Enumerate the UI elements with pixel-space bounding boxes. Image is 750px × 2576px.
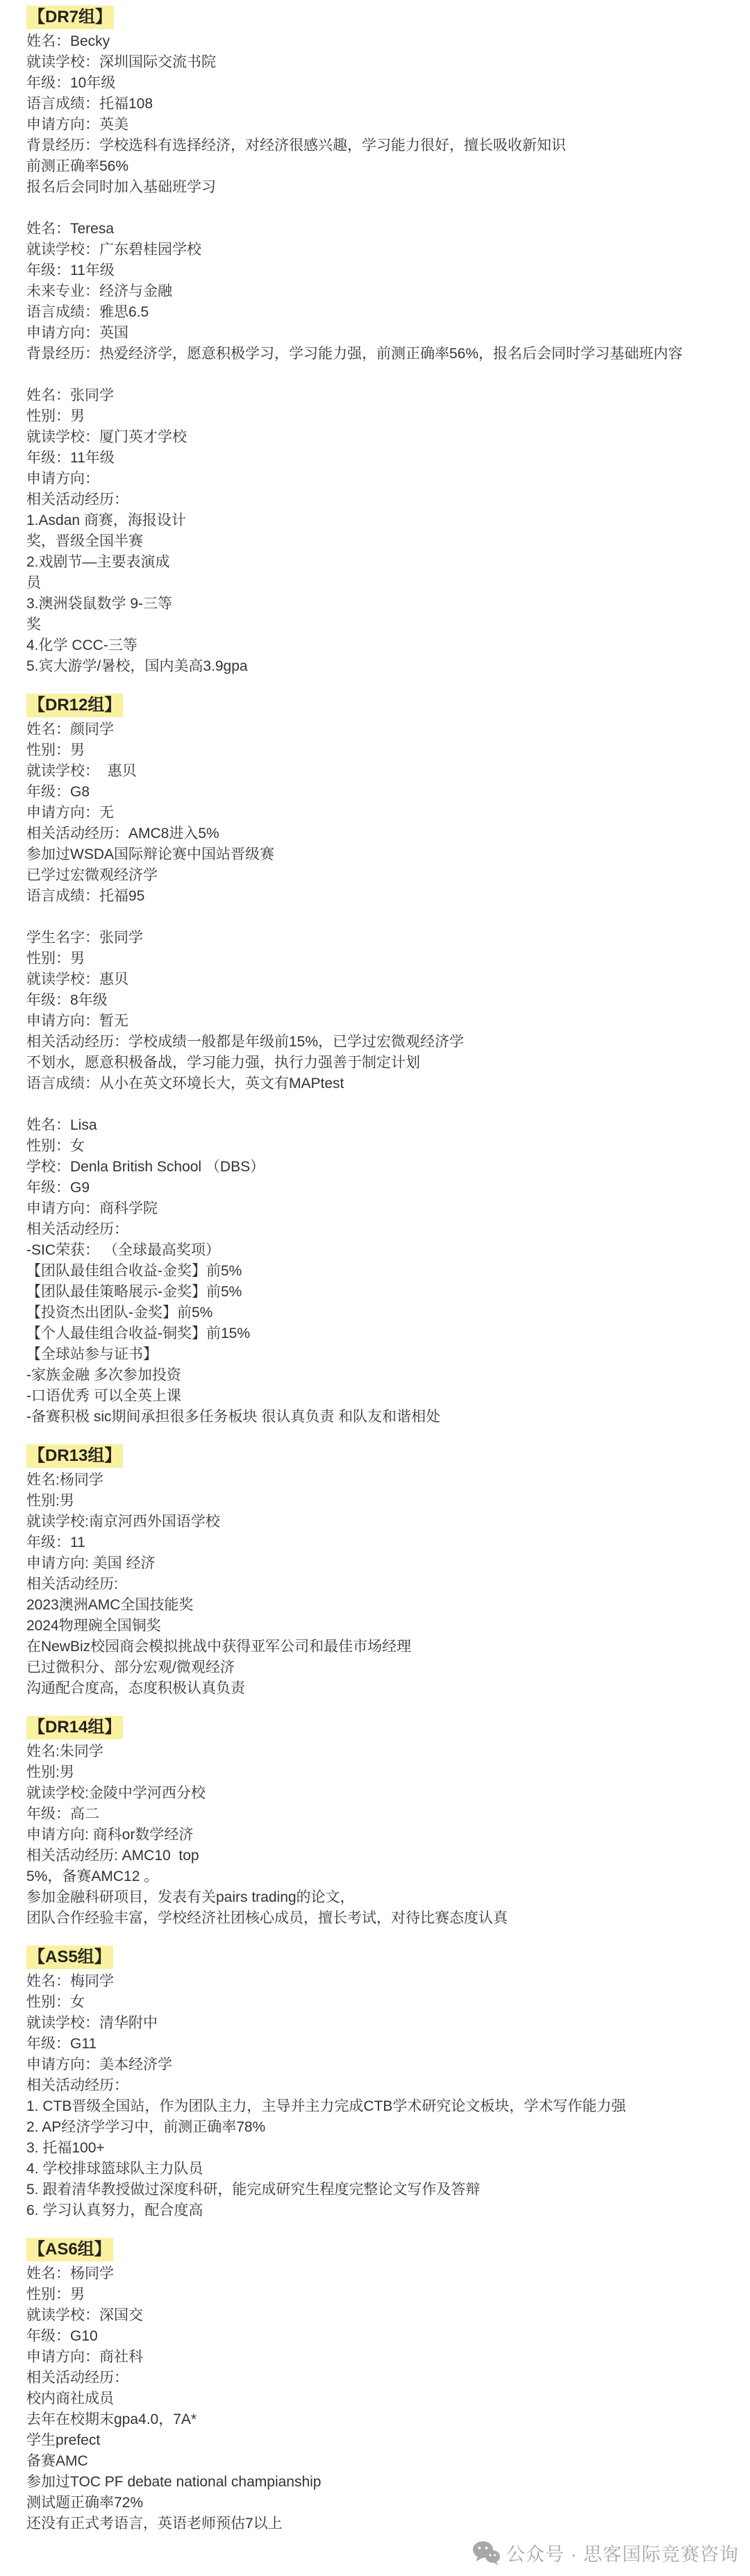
group-header: 【DR12组】 <box>26 694 123 717</box>
profile-line: 4.化学 CCC-三等 <box>26 635 726 656</box>
wechat-icon <box>472 2541 501 2566</box>
profile-line: 5.宾大游学/暑校，国内美高3.9gpa <box>26 656 726 677</box>
profile-line: 性别：女 <box>26 1136 726 1157</box>
profile-line: 相关活动经历： <box>26 490 726 510</box>
profile-line: 姓名：张同学 <box>26 385 726 406</box>
profile-line: 【投资杰出团队-金奖】前5% <box>26 1303 726 1323</box>
profile-line: 语言成绩：从小在英文环境长大，英文有MAPtest <box>26 1073 726 1094</box>
profile-line: 申请方向: 商科or数学经济 <box>26 1825 726 1846</box>
profile-line: 性别:男 <box>26 1491 726 1512</box>
group-block: 【DR7组】姓名：Becky就读学校：深圳国际交流书院年级：10年级语言成绩：托… <box>26 6 726 677</box>
profile-line: 团队合作经验丰富，学校经济社团核心成员，擅长考试，对待比赛态度认真 <box>26 1908 726 1929</box>
profile-line: 申请方向：无 <box>26 803 726 823</box>
profile-line: 姓名：Becky <box>26 31 726 52</box>
profile-line: 5. 跟着清华教授做过深度科研，能完成研究生程度完整论文写作及答辩 <box>26 2180 726 2200</box>
profile-line: 备赛AMC <box>26 2451 726 2472</box>
profile-line: 相关活动经历： <box>26 1219 726 1240</box>
profile-line: 相关活动经历： <box>26 2368 726 2389</box>
student-profile: 姓名：颜同学性别：男就读学校： 惠贝年级：G8申请方向：无相关活动经历：AMC8… <box>26 719 726 907</box>
profile-line: 学生prefect <box>26 2430 726 2451</box>
group-block: 【AS6组】姓名：杨同学性别：男就读学校：深国交年级：G10申请方向：商社科相关… <box>26 2238 726 2534</box>
profile-line: 就读学校：清华附中 <box>26 2013 726 2034</box>
profile-line: -口语优秀 可以全英上课 <box>26 1386 726 1407</box>
profile-line: 4. 学校排球篮球队主力队员 <box>26 2159 726 2180</box>
profile-line: 学校：Denla British School （DBS） <box>26 1157 726 1178</box>
student-profile: 姓名：Becky就读学校：深圳国际交流书院年级：10年级语言成绩：托福108申请… <box>26 31 726 198</box>
profile-line: 年级：G10 <box>26 2326 726 2347</box>
profile-line: 申请方向：商社科 <box>26 2347 726 2368</box>
profile-line: 3. 托福100+ <box>26 2138 726 2159</box>
profile-line: 姓名：梅同学 <box>26 1971 726 1992</box>
group-block: 【DR13组】姓名:杨同学性别:男就读学校:南京河西外国语学校年级：11申请方向… <box>26 1444 726 1699</box>
student-profile: 姓名:杨同学性别:男就读学校:南京河西外国语学校年级：11申请方向: 美国 经济… <box>26 1470 726 1699</box>
profile-line: 性别:男 <box>26 1762 726 1783</box>
profile-line: 语言成绩：托福108 <box>26 94 726 115</box>
profile-line: 姓名：颜同学 <box>26 719 726 740</box>
profile-line: 就读学校:金陵中学河西分校 <box>26 1783 726 1804</box>
profile-line: 相关活动经历: AMC10 top <box>26 1846 726 1866</box>
profile-line: 1.Asdan 商赛，海报设计 <box>26 510 726 531</box>
profile-line: 年级：10年级 <box>26 73 726 94</box>
profile-line: 就读学校：广东碧桂园学校 <box>26 240 726 260</box>
profile-line: 奖 <box>26 614 726 635</box>
profile-line: 性别：女 <box>26 1992 726 2013</box>
profile-line: 年级：G8 <box>26 782 726 803</box>
profile-line: 参加过TOC PF debate national champianship <box>26 2472 726 2493</box>
student-profile: 姓名:朱同学性别:男就读学校:金陵中学河西分校年级：高二申请方向: 商科or数学… <box>26 1741 726 1929</box>
profile-line: 性别：男 <box>26 740 726 761</box>
profile-line: 就读学校:南京河西外国语学校 <box>26 1512 726 1532</box>
group-header: 【DR13组】 <box>26 1444 123 1468</box>
profile-line: 校内商社成员 <box>26 2389 726 2409</box>
profile-line: 相关活动经历: <box>26 1574 726 1595</box>
profile-line: 未来专业：经济与金融 <box>26 281 726 302</box>
profile-line: 申请方向：英国 <box>26 323 726 344</box>
profile-line: 报名后会同时加入基础班学习 <box>26 177 726 198</box>
profile-line: 2023澳洲AMC全国技能奖 <box>26 1595 726 1616</box>
profile-line: 性别：男 <box>26 406 726 427</box>
profile-line: 姓名：杨同学 <box>26 2264 726 2284</box>
profile-line: 参加过WSDA国际辩论赛中国站晋级赛 <box>26 844 726 865</box>
profile-line: 3.澳洲袋鼠数学 9-三等 <box>26 594 726 614</box>
profile-line: 年级：G9 <box>26 1178 726 1198</box>
profile-line: 去年在校期末gpa4.0，7A* <box>26 2409 726 2430</box>
profile-line: 语言成绩：雅思6.5 <box>26 302 726 323</box>
profile-line: 就读学校： 惠贝 <box>26 761 726 782</box>
profile-line: 相关活动经历：学校成绩一般都是年级前15%，已学过宏微观经济学 <box>26 1032 726 1053</box>
profile-line: 申请方向：暂无 <box>26 1011 726 1032</box>
profile-line: 已过微积分、部分宏观/微观经济 <box>26 1657 726 1678</box>
profile-line: 就读学校：惠贝 <box>26 969 726 990</box>
group-header: 【AS6组】 <box>26 2238 113 2261</box>
profile-line: 背景经历：学校选科有选择经济，对经济很感兴趣，学习能力很好，擅长吸收新知识 <box>26 135 726 156</box>
profile-line: 2024物理碗全国铜奖 <box>26 1616 726 1637</box>
profile-line: 就读学校：深国交 <box>26 2305 726 2326</box>
profile-line: 员 <box>26 573 726 594</box>
profile-line: 已学过宏微观经济学 <box>26 865 726 886</box>
student-profile: 姓名：Teresa就读学校：广东碧桂园学校年级：11年级未来专业：经济与金融语言… <box>26 219 726 365</box>
profile-line: 姓名：Teresa <box>26 219 726 240</box>
watermark: 公众号 · 思客国际竞赛咨询 <box>472 2539 739 2566</box>
profile-line: 年级：11 <box>26 1532 726 1553</box>
profile-line: 【个人最佳组合收益-铜奖】前15% <box>26 1323 726 1344</box>
profile-line: 【全球站参与证书】 <box>26 1344 726 1365</box>
profile-line: 【团队最佳策略展示-金奖】前5% <box>26 1282 726 1303</box>
group-block: 【DR12组】姓名：颜同学性别：男就读学校： 惠贝年级：G8申请方向：无相关活动… <box>26 694 726 1428</box>
group-block: 【AS5组】姓名：梅同学性别：女就读学校：清华附中年级：G11申请方向：美本经济… <box>26 1946 726 2221</box>
profile-line: 申请方向: 美国 经济 <box>26 1553 726 1574</box>
profile-line: 年级：高二 <box>26 1804 726 1825</box>
profile-line: -SIC荣获： （全球最高奖项） <box>26 1240 726 1261</box>
profile-line: 前测正确率56% <box>26 156 726 177</box>
profile-line: 不划水，愿意积极备战，学习能力强，执行力强善于制定计划 <box>26 1053 726 1073</box>
student-roster: 【DR7组】姓名：Becky就读学校：深圳国际交流书院年级：10年级语言成绩：托… <box>26 6 726 2534</box>
profile-line: 申请方向： <box>26 469 726 490</box>
profile-line: 背景经历：热爱经济学，愿意积极学习，学习能力强，前测正确率56%，报名后会同时学… <box>26 344 726 365</box>
profile-line: 6. 学习认真努力，配合度高 <box>26 2200 726 2221</box>
watermark-text: 公众号 · 思客国际竞赛咨询 <box>506 2539 739 2566</box>
profile-line: 姓名:朱同学 <box>26 1741 726 1762</box>
profile-line: 学生名字：张同学 <box>26 928 726 948</box>
profile-line: 在NewBiz校园商会模拟挑战中获得亚军公司和最佳市场经理 <box>26 1637 726 1657</box>
profile-line: 年级：11年级 <box>26 260 726 281</box>
profile-line: -家族金融 多次参加投资 <box>26 1365 726 1386</box>
profile-line: 年级：G11 <box>26 2034 726 2055</box>
profile-line: 姓名:杨同学 <box>26 1470 726 1491</box>
profile-line: 2. AP经济学学习中，前测正确率78% <box>26 2117 726 2138</box>
profile-line: 奖，晋级全国半赛 <box>26 531 726 552</box>
profile-line: 语言成绩：托福95 <box>26 886 726 907</box>
student-profile: 姓名：杨同学性别：男就读学校：深国交年级：G10申请方向：商社科相关活动经历：校… <box>26 2264 726 2534</box>
profile-line: 还没有正式考语言，英语老师预估7以上 <box>26 2514 726 2534</box>
profile-line: 姓名：Lisa <box>26 1115 726 1136</box>
document-body: 【DR7组】姓名：Becky就读学校：深圳国际交流书院年级：10年级语言成绩：托… <box>0 0 750 2576</box>
profile-line: 1. CTB晋级全国站，作为团队主力，主导并主力完成CTB学术研究论文板块，学术… <box>26 2096 726 2117</box>
profile-line: 相关活动经历：AMC8进入5% <box>26 823 726 844</box>
group-header: 【DR14组】 <box>26 1716 123 1739</box>
profile-line: -备赛积极 sic期间承担很多任务板块 很认真负责 和队友和谐相处 <box>26 1407 726 1428</box>
student-profile: 姓名：梅同学性别：女就读学校：清华附中年级：G11申请方向：美本经济学相关活动经… <box>26 1971 726 2221</box>
profile-line: 申请方向：美本经济学 <box>26 2055 726 2075</box>
profile-line: 参加金融科研项目，发表有关pairs trading的论文， <box>26 1887 726 1908</box>
profile-line: 沟通配合度高，态度积极认真负责 <box>26 1678 726 1699</box>
profile-line: 5%，备赛AMC12 。 <box>26 1866 726 1887</box>
profile-line: 性别：男 <box>26 948 726 969</box>
profile-line: 测试题正确率72% <box>26 2493 726 2514</box>
group-block: 【DR14组】姓名:朱同学性别:男就读学校:金陵中学河西分校年级：高二申请方向:… <box>26 1716 726 1929</box>
profile-line: 【团队最佳组合收益-金奖】前5% <box>26 1261 726 1282</box>
group-header: 【DR7组】 <box>26 6 114 29</box>
profile-line: 申请方向：英美 <box>26 115 726 135</box>
profile-line: 性别：男 <box>26 2284 726 2305</box>
profile-line: 就读学校：厦门英才学校 <box>26 427 726 448</box>
group-header: 【AS5组】 <box>26 1946 113 1969</box>
student-profile: 姓名：Lisa性别：女学校：Denla British School （DBS）… <box>26 1115 726 1428</box>
profile-line: 年级：8年级 <box>26 990 726 1011</box>
profile-line: 年级：11年级 <box>26 448 726 469</box>
student-profile: 学生名字：张同学性别：男就读学校：惠贝年级：8年级申请方向：暂无相关活动经历：学… <box>26 928 726 1094</box>
profile-line: 相关活动经历： <box>26 2075 726 2096</box>
profile-line: 2.戏剧节—主要表演成 <box>26 552 726 573</box>
profile-line: 申请方向：商科学院 <box>26 1198 726 1219</box>
profile-line: 就读学校：深圳国际交流书院 <box>26 52 726 73</box>
student-profile: 姓名：张同学性别：男就读学校：厦门英才学校年级：11年级申请方向：相关活动经历：… <box>26 385 726 677</box>
